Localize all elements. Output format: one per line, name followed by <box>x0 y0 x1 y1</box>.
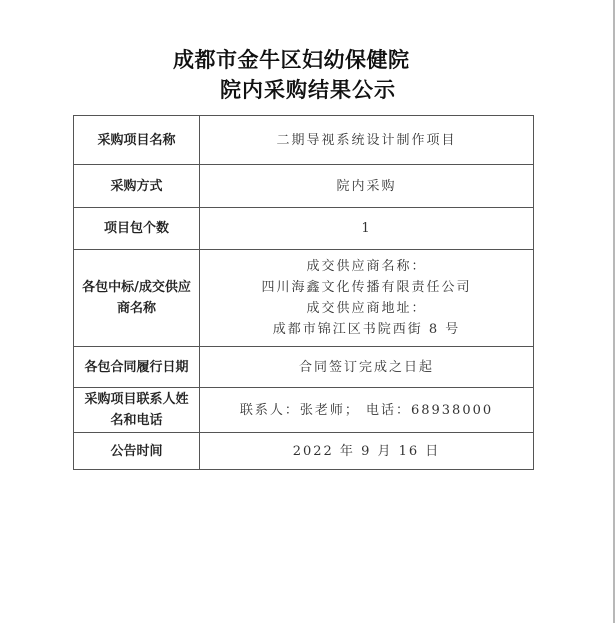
row-label: 采购方式 <box>74 165 200 208</box>
value-line: 联系人：张老师； 电话：68938000 <box>204 400 529 421</box>
row-label: 各包合同履行日期 <box>74 347 200 388</box>
table-row: 项目包个数1 <box>74 208 534 250</box>
table-row: 公告时间2022 年 9 月 16 日 <box>74 433 534 470</box>
row-label: 采购项目联系人姓名和电话 <box>74 388 200 433</box>
value-line: 成都市锦江区书院西街 8 号 <box>204 319 529 340</box>
row-label: 各包中标/成交供应商名称 <box>74 250 200 347</box>
row-label: 采购项目名称 <box>74 116 200 165</box>
table-row: 各包合同履行日期合同签订完成之日起 <box>74 347 534 388</box>
value-line: 2022 年 9 月 16 日 <box>204 441 529 462</box>
procurement-result-table: 采购项目名称二期导视系统设计制作项目采购方式院内采购项目包个数1各包中标/成交供… <box>73 115 534 470</box>
row-value: 合同签订完成之日起 <box>200 347 534 388</box>
table-row: 采购方式院内采购 <box>74 165 534 208</box>
row-value: 二期导视系统设计制作项目 <box>200 116 534 165</box>
value-line: 成交供应商地址： <box>204 298 529 319</box>
row-label: 项目包个数 <box>74 208 200 250</box>
row-value: 1 <box>200 208 534 250</box>
table-row: 各包中标/成交供应商名称成交供应商名称：四川海鑫文化传播有限责任公司成交供应商地… <box>74 250 534 347</box>
notice-title-line2: 院内采购结果公示 <box>220 74 616 104</box>
row-value: 院内采购 <box>200 165 534 208</box>
row-label: 公告时间 <box>74 433 200 470</box>
value-line: 四川海鑫文化传播有限责任公司 <box>204 277 529 298</box>
value-line: 成交供应商名称： <box>204 256 529 277</box>
row-value: 成交供应商名称：四川海鑫文化传播有限责任公司成交供应商地址：成都市锦江区书院西街… <box>200 250 534 347</box>
value-line: 1 <box>204 218 529 239</box>
table-row: 采购项目联系人姓名和电话联系人：张老师； 电话：68938000 <box>74 388 534 433</box>
value-line: 二期导视系统设计制作项目 <box>204 130 529 151</box>
row-value: 2022 年 9 月 16 日 <box>200 433 534 470</box>
table-row: 采购项目名称二期导视系统设计制作项目 <box>74 116 534 165</box>
row-value: 联系人：张老师； 电话：68938000 <box>200 388 534 433</box>
notice-title-line1: 成都市金牛区妇幼保健院 <box>173 44 616 74</box>
value-line: 院内采购 <box>204 176 529 197</box>
value-line: 合同签订完成之日起 <box>204 357 529 378</box>
